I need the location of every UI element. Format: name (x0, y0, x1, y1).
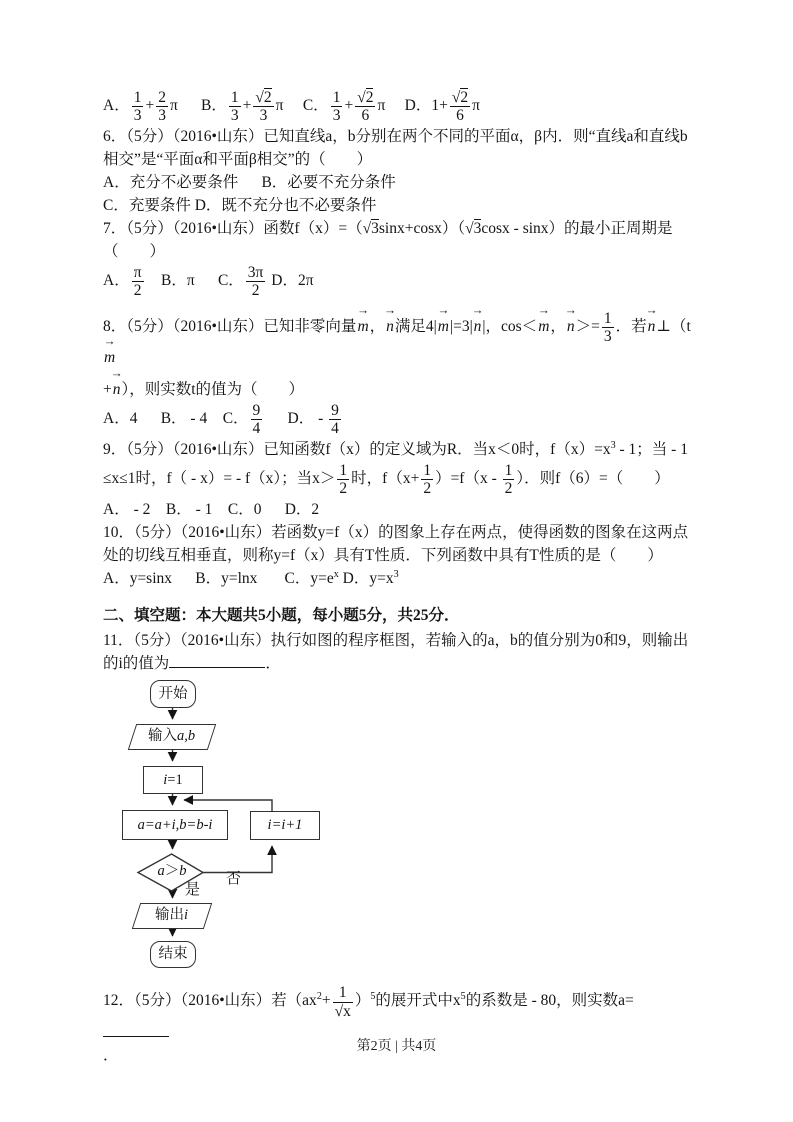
q10-line1: 10．（5分）（2016•山东）若函数y=f（x）的图象上存在两点，使得函数的图… (103, 521, 693, 544)
q11-line1: 11．（5分）（2016•山东）执行如图的程序框图，若输入的a，b的值分别为0和… (103, 629, 693, 652)
section-2-heading: 二、填空题：本大题共5小题，每小题5分，共25分． (103, 604, 693, 627)
flowchart-input-label: 输入a,b (148, 730, 195, 746)
page-footer: 第2页 | 共4页 (0, 1035, 793, 1058)
program-flowchart: 开始 输入a,b i=1 a=a+i,b=b-i i=i+1 a＞b 否 是 输… (103, 679, 443, 975)
q5-choices-row: A．13+23π B．13+√23π C．13+√26π D．1+√26π (103, 88, 693, 125)
q7-choices: A．π2 B．π C．3π2 D．2π (103, 263, 693, 300)
q8-choices: A．4 B． - 4 C．94 D． - 94 (103, 401, 693, 438)
q6-choices-ab: A．充分不必要条件 B．必要不充分条件 (103, 171, 693, 194)
flowchart-init-node: i=1 (143, 766, 203, 794)
exam-paper-page: A．13+23π B．13+√23π C．13+√26π D．1+√26π 6．… (0, 0, 793, 1122)
flowchart-output-label: 输出i (155, 909, 188, 925)
q8-line2: +→n），则实数t的值为（ ） (103, 369, 693, 401)
flowchart-assign-node: a=a+i,b=b-i (122, 810, 228, 840)
q8-line1: 8．（5分）（2016•山东）已知非零向量→m，→n满足4|→m|=3|→n|，… (103, 300, 693, 369)
flowchart-start-node: 开始 (150, 680, 196, 708)
q6-line2: 相交”是“平面α和平面β相交”的（ ） (103, 148, 693, 171)
q7-line2: （ ） (103, 240, 693, 263)
q9-choices: A． - 2 B． - 1 C．0 D．2 (103, 498, 693, 521)
q9-line1: 9．（5分）（2016•山东）已知函数f（x）的定义域为R．当x＜0时，f（x）… (103, 438, 693, 461)
flowchart-increment-node: i=i+1 (250, 811, 320, 840)
q10-choices: A．y=sinx B．y=lnx C．y=ex D．y=x3 (103, 567, 693, 590)
q6-choices-cd: C．充要条件 D．既不充分也不必要条件 (103, 194, 693, 217)
q6-line1: 6．（5分）（2016•山东）已知直线a，b分别在两个不同的平面α，β内．则“直… (103, 125, 693, 148)
flowchart-condition-label: a＞b (143, 864, 201, 880)
flowchart-yes-label: 是 (185, 882, 200, 899)
q9-line2: ≤x≤1时，f（ - x）= - f（x）；当x＞12时，f（x+12）=f（x… (103, 461, 693, 498)
q11-line2: 的i的值为． (103, 652, 693, 675)
q7-line1: 7．（5分）（2016•山东）函数f（x）=（√3sinx+cosx）（√3co… (103, 217, 693, 240)
q10-line2: 处的切线互相垂直，则称y=f（x）具有T性质．下列函数中具有T性质的是（ ） (103, 544, 693, 567)
flowchart-output-node: 输出i (132, 903, 212, 929)
flowchart-input-node: 输入a,b (128, 724, 216, 750)
flowchart-no-label: 否 (226, 871, 241, 888)
flowchart-end-node: 结束 (150, 941, 196, 968)
